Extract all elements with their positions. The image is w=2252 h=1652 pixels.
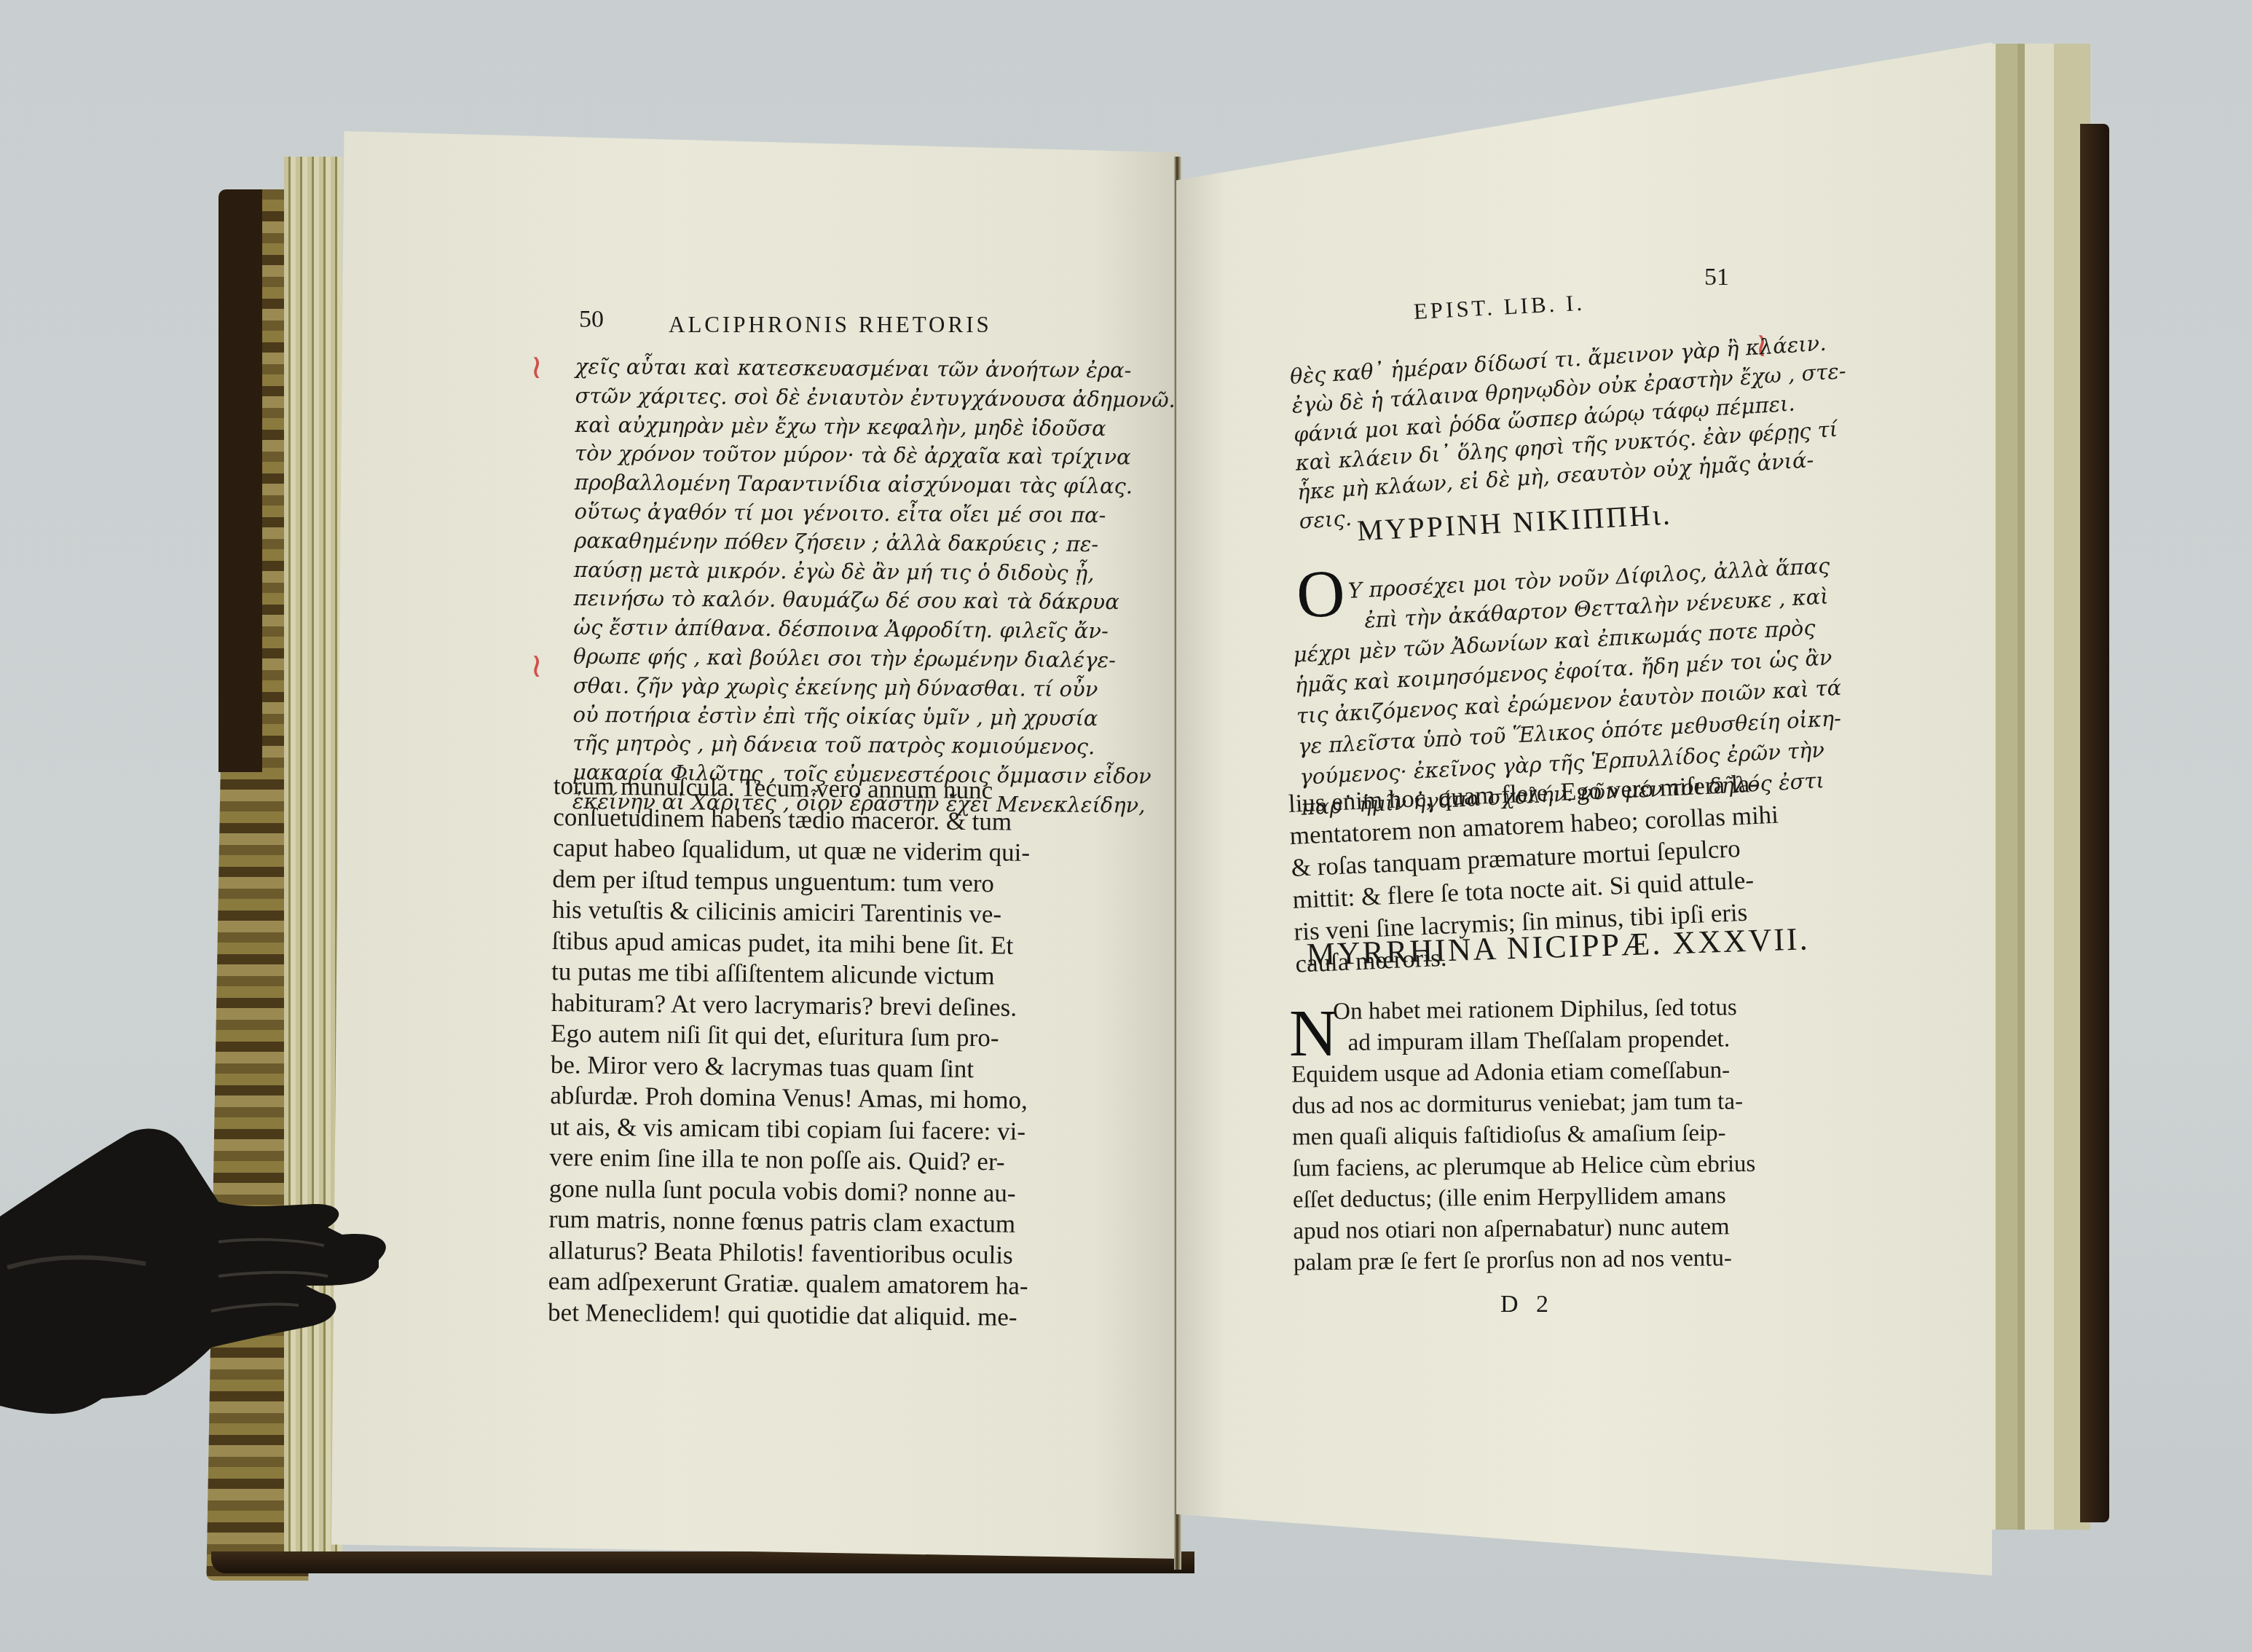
latin-line: his vetuſtis & cilicinis amiciri Tarenti… bbox=[552, 894, 1032, 930]
latin-line: abſurdæ. Proh domina Venus! Amas, mi hom… bbox=[550, 1080, 1030, 1116]
book-cover-right bbox=[2080, 124, 2109, 1522]
latin-line: gone nulla ſunt pocula vobis domi? nonne… bbox=[549, 1173, 1029, 1208]
latin-line: bet Meneclidem! qui quotidie dat aliquid… bbox=[548, 1297, 1028, 1332]
margin-mark-bottom-left: ≀ bbox=[530, 645, 543, 685]
latin-line: habituram? At vero lacrymaris? brevi deſ… bbox=[551, 987, 1031, 1023]
greek-dropcap: Ο bbox=[1295, 563, 1347, 624]
greek-line: τὸν χρόνον τοῦτον μύρον· τὰ δὲ ἀρχαῖα κα… bbox=[575, 439, 1176, 473]
latin-line: be. Miror vero & lacrymas tuas quam ſint bbox=[551, 1049, 1031, 1085]
latin-line: ad impuram illam Theſſalam propendet. bbox=[1347, 1023, 1754, 1059]
latin-line: eam adſpexerunt Gratiæ. qualem amatorem … bbox=[548, 1266, 1028, 1302]
greek-line: τῆς μητρὸς , μὴ δάνεια τοῦ πατρὸς κομιού… bbox=[572, 729, 1173, 763]
left-page-number: 50 bbox=[579, 306, 604, 334]
greek-line: πεινήσω τὸ καλόν. θαυμάζω δέ σου καὶ τὰ … bbox=[573, 584, 1174, 618]
greek-line: καὶ αὐχμηρὰν μὲν ἔχω τὴν κεφαλὴν, μηδὲ ἰ… bbox=[575, 411, 1176, 444]
greek-line: θρωπε φής , καὶ βούλει σοι τὴν ἐρωμένην … bbox=[573, 642, 1174, 676]
hand-page-weight-icon bbox=[0, 1107, 466, 1486]
latin-line: caput habeo ſqualidum, ut quæ ne viderim… bbox=[553, 833, 1033, 868]
latin-line: dus ad nos ac dormiturus veniebat; jam t… bbox=[1291, 1086, 1755, 1122]
latin-line: On habet mei rationem Diphilus, ſed totu… bbox=[1333, 992, 1754, 1028]
latin-line: eſſet deductus; (ille enim Herpyllidem a… bbox=[1293, 1180, 1756, 1216]
left-running-head: ALCIPHRONIS RHETORIS bbox=[669, 312, 992, 338]
right-page-number: 51 bbox=[1704, 264, 1729, 291]
greek-line: στῶν χάριτες. σοὶ δὲ ἐνιαυτὸν ἐντυγχάνου… bbox=[575, 382, 1176, 415]
right-latin-letter-text: On habet mei rationem Diphilus, ſed totu… bbox=[1333, 992, 1757, 1278]
latin-line: ſtibus apud amicas pudet, ita mihi bene … bbox=[551, 925, 1031, 961]
greek-line: παύσῃ μετὰ μικρόν. ἐγὼ δὲ ἂν μή τις ὁ δι… bbox=[574, 556, 1175, 589]
greek-line: χεῖς αὗται καὶ κατεσκευασμέναι τῶν ἀνοήτ… bbox=[575, 353, 1176, 386]
latin-line: torum munuſcula. Tecum vero annum nunc bbox=[554, 771, 1034, 806]
greek-line: σθαι. ζῆν γὰρ χωρὶς ἐκείνης μὴ δύνασθαι.… bbox=[573, 672, 1174, 705]
left-greek-text: χεῖς αὗται καὶ κατεσκευασμέναι τῶν ἀνοήτ… bbox=[572, 353, 1176, 820]
latin-line: rum matris, nonne fœnus patris clam exac… bbox=[548, 1204, 1028, 1240]
margin-mark-top-left: ≀ bbox=[530, 347, 543, 386]
greek-line: ὡς ἔστιν ἀπίθανα. δέσποινα Ἀφροδίτη. φιλ… bbox=[573, 613, 1174, 647]
latin-line: men quaſi aliquis faſtidioſus & amaſium … bbox=[1292, 1117, 1755, 1154]
latin-line: allaturus? Beata Philotis! faventioribus… bbox=[548, 1235, 1028, 1270]
latin-line: ſum faciens, ac plerumque ab Helice cùm … bbox=[1292, 1149, 1755, 1185]
greek-line: προβαλλομένη Ταραντινίδια αἰσχύνομαι τὰς… bbox=[575, 468, 1176, 502]
signature-mark: D 2 bbox=[1500, 1291, 1554, 1318]
latin-line: vere enim ſine illa te non poſſe ais. Qu… bbox=[549, 1142, 1029, 1178]
left-latin-text: torum munuſcula. Tecum vero annum nunc c… bbox=[548, 771, 1034, 1333]
page-edges-right bbox=[1981, 44, 2090, 1530]
latin-line: conſuetudinem habens tædio maceror. & tu… bbox=[553, 801, 1033, 837]
latin-line: palam præ ſe fert ſe prorſus non ad nos … bbox=[1294, 1243, 1757, 1279]
latin-line: Ego autem niſi ſit qui det, eſuritura ſu… bbox=[551, 1018, 1031, 1054]
greek-line: οὕτως ἀγαθόν τί μοι γένοιτο. εἶτα οἴει μ… bbox=[574, 497, 1175, 531]
latin-line: Equidem usque ad Adonia etiam comeſſabun… bbox=[1291, 1055, 1755, 1091]
latin-line: tu putas me tibi aſſiſtentem alicunde vi… bbox=[551, 956, 1031, 992]
book-cover-spine-edge bbox=[218, 189, 262, 772]
greek-line: οὐ ποτήρια ἐστὶν ἐπὶ τῆς οἰκίας ὑμῖν , μ… bbox=[572, 701, 1173, 734]
latin-line: dem per iſtud tempus unguentum: tum vero bbox=[552, 863, 1032, 899]
latin-dropcap: N bbox=[1289, 1004, 1337, 1062]
greek-line: ρακαθημένην πόθεν ζήσειν ; ἀλλὰ δακρύεις… bbox=[574, 527, 1175, 560]
latin-line: ut ais, & vis amicam tibi copiam ſui fac… bbox=[550, 1111, 1030, 1146]
latin-line: apud nos otiari non aſpernabatur) nunc a… bbox=[1293, 1211, 1756, 1248]
